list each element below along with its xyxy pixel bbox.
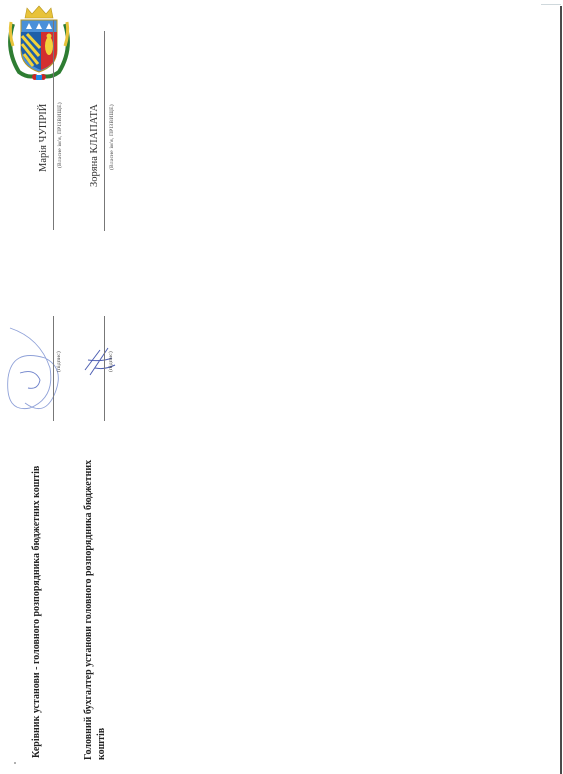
page-edge-top [541,4,561,5]
name-caption-1: (Власне ім'я, ПРІЗВИЩЕ) [57,102,63,168]
coat-of-arms-icon [5,4,73,84]
signature-caption-1: (підпис) [56,351,62,372]
signature-line-2 [104,316,105,421]
page-edge [560,6,562,774]
signature-line-1 [53,316,54,421]
signature-2-icon [80,340,120,380]
signatory-2-name: Зоряна КЛАПАТА [89,104,100,187]
name-caption-2: (Власне ім'я, ПРІЗВИЩЕ) [109,104,115,170]
signatory-2-role: Головний бухгалтер установи головного ро… [82,430,108,760]
name-line-2 [104,31,105,231]
signature-1-icon [0,318,70,428]
signatory-1-name: Марія ЧУПРІЙ [38,104,49,172]
scan-speck [14,762,16,764]
signatory-1-role: Керівник установи - головного розпорядни… [30,428,43,758]
signature-caption-2: (підпис) [108,351,114,372]
name-line-1 [53,20,54,230]
